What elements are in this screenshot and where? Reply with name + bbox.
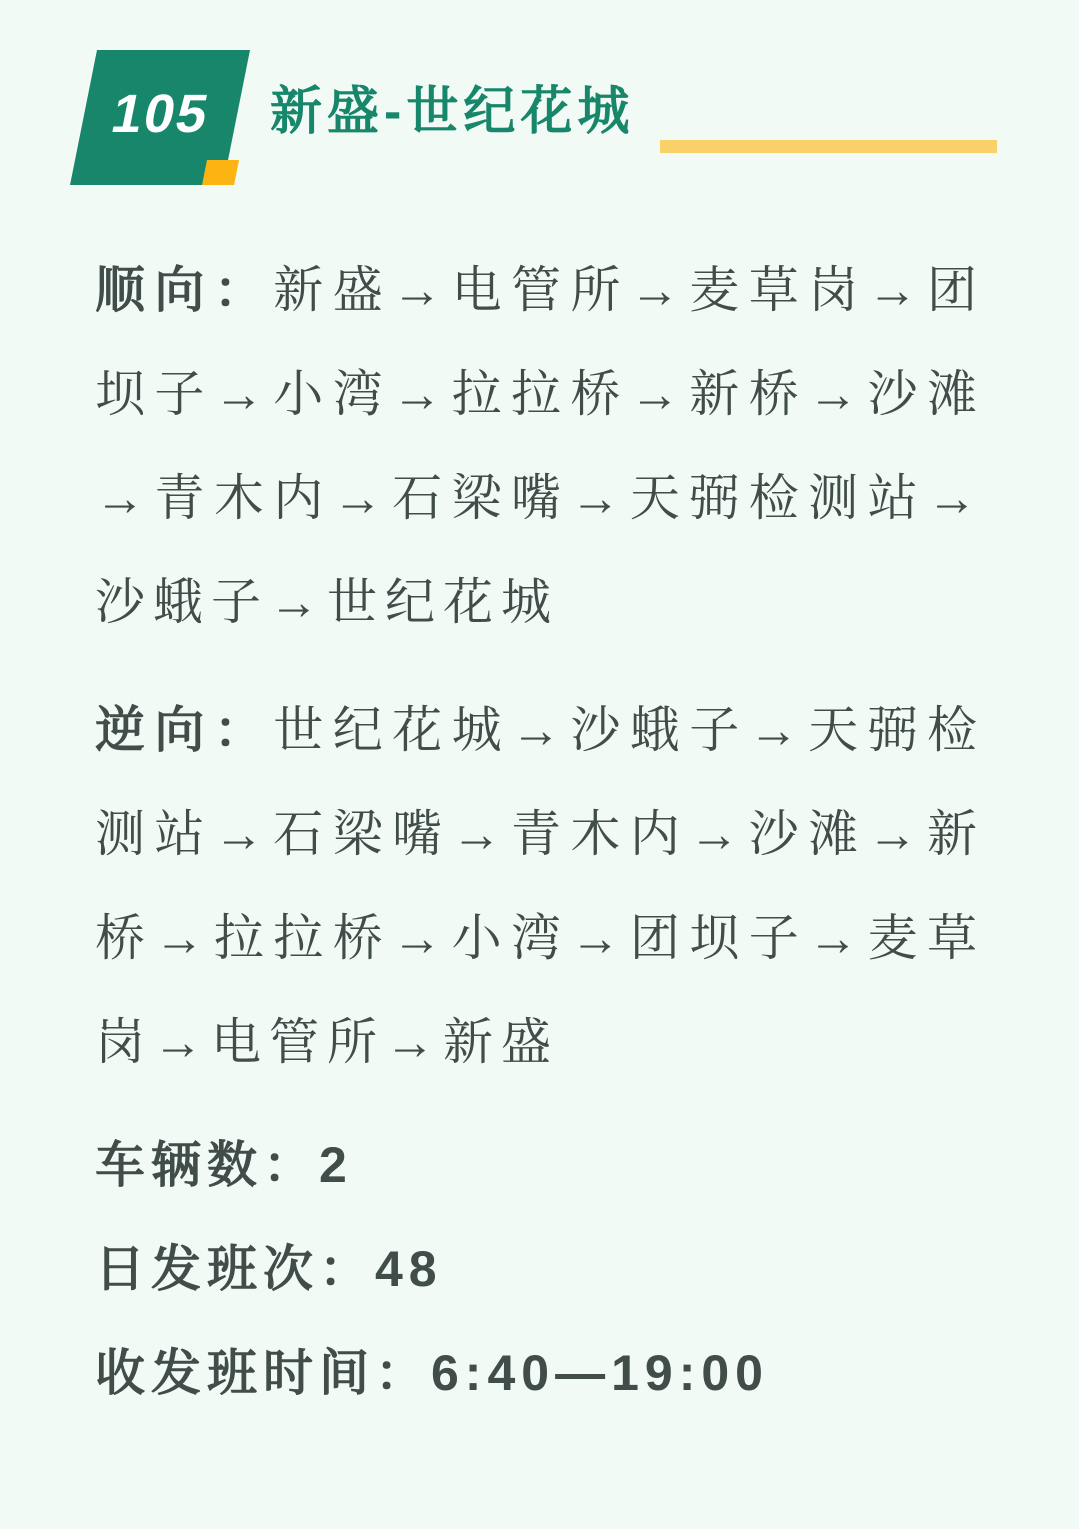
bus-route-card: 105 新盛-世纪花城 顺向：新盛→电管所→麦草岗→团坝子→小湾→拉拉桥→新桥→…: [0, 0, 1079, 1529]
vehicle-count-label: 车辆数：: [95, 1137, 319, 1193]
forward-route-label: 顺向：: [95, 262, 273, 318]
stat-row-vehicle-count: 车辆数：2: [95, 1113, 985, 1217]
vehicle-count-value: 2: [319, 1137, 353, 1193]
header: 105 新盛-世纪花城: [0, 0, 1079, 185]
badge-corner-accent: [202, 160, 239, 185]
forward-route-paragraph: 顺向：新盛→电管所→麦草岗→团坝子→小湾→拉拉桥→新桥→沙滩→青木内→石梁嘴→天…: [95, 238, 985, 654]
route-details: 顺向：新盛→电管所→麦草岗→团坝子→小湾→拉拉桥→新桥→沙滩→青木内→石梁嘴→天…: [0, 238, 1079, 1425]
stat-row-daily-trips: 日发班次：48: [95, 1217, 985, 1321]
stat-row-service-hours: 收发班时间：6:40—19:00: [95, 1321, 985, 1425]
service-hours-label: 收发班时间：: [95, 1345, 431, 1401]
stats-section: 车辆数：2 日发班次：48 收发班时间：6:40—19:00: [95, 1113, 985, 1425]
reverse-route-paragraph: 逆向：世纪花城→沙蛾子→天弼检测站→石梁嘴→青木内→沙滩→新桥→拉拉桥→小湾→团…: [95, 678, 985, 1094]
route-title: 新盛-世纪花城: [270, 81, 634, 143]
reverse-route-label: 逆向：: [95, 702, 273, 758]
daily-trips-value: 48: [375, 1241, 443, 1297]
route-number-badge: 105: [70, 50, 250, 185]
daily-trips-label: 日发班次：: [95, 1241, 375, 1297]
title-underline: [660, 140, 997, 153]
route-number: 105: [105, 83, 215, 153]
service-hours-value: 6:40—19:00: [431, 1345, 769, 1401]
